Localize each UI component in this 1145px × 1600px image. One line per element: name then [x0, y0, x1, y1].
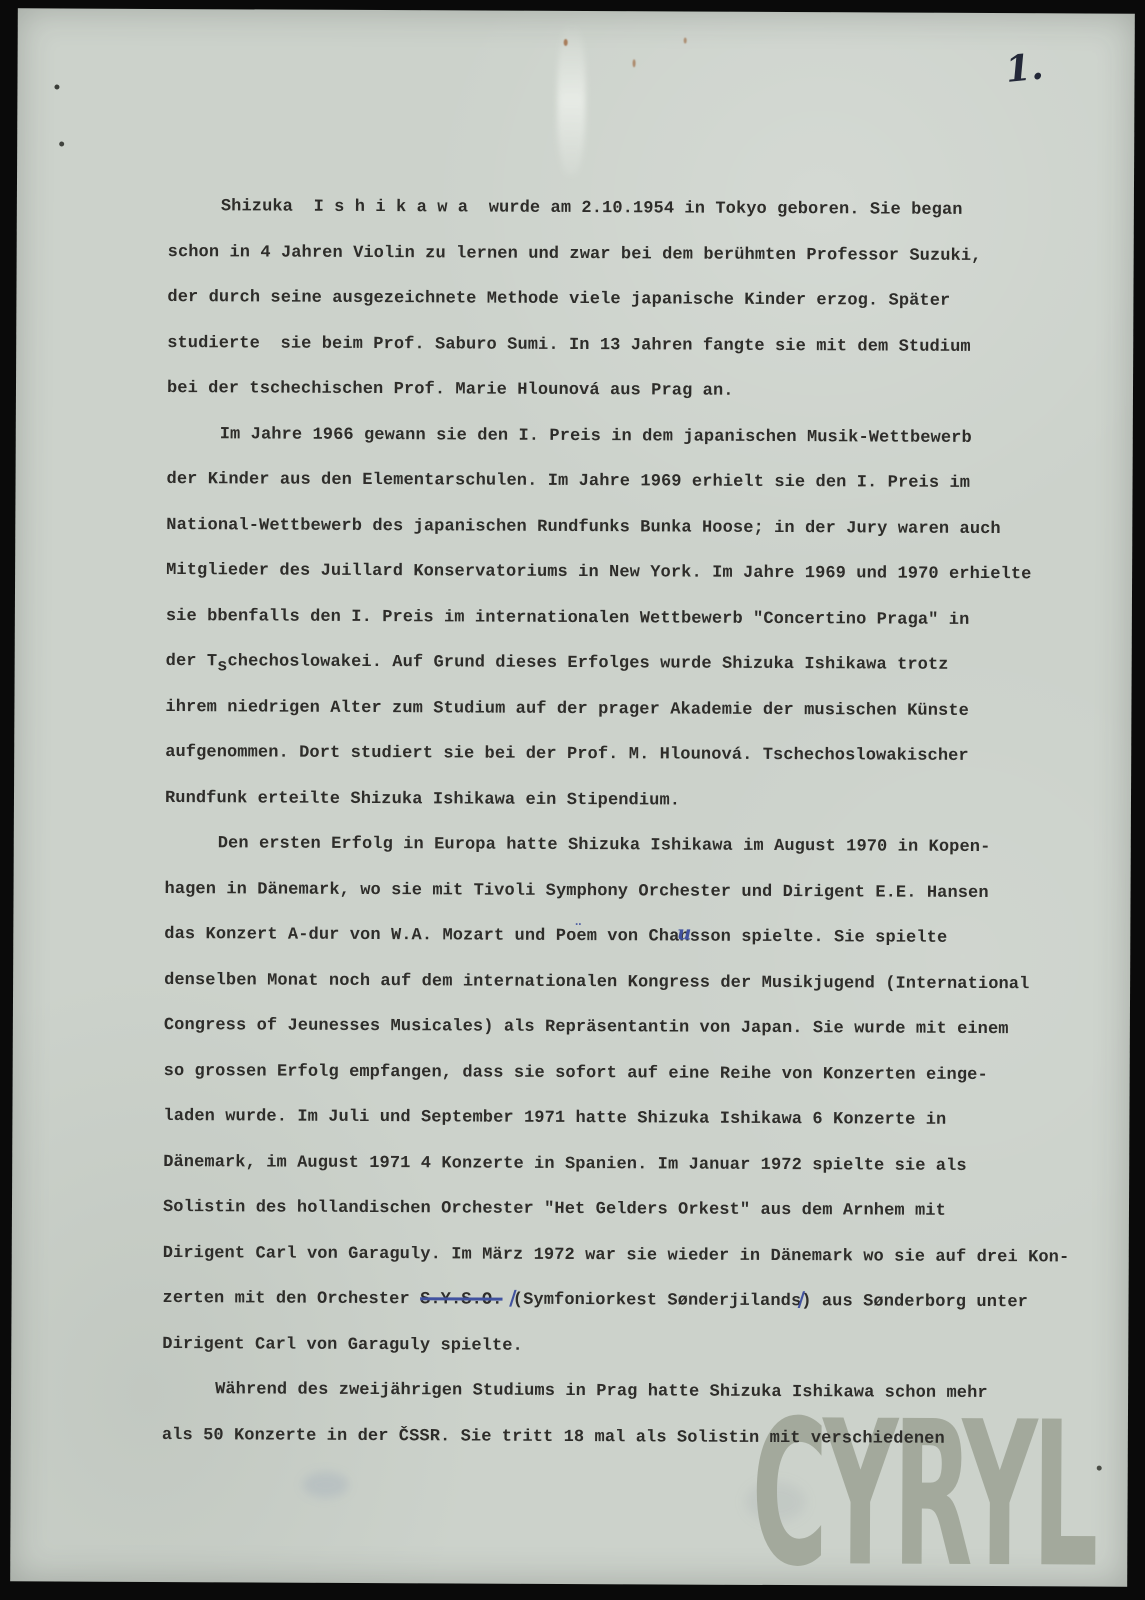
- typed-text: so grossen Erfolg empfangen, dass sie so…: [164, 1049, 988, 1099]
- rust-speck: [633, 59, 636, 67]
- typed-text: ová aus Prag an.: [569, 368, 734, 414]
- typed-text: chechoslowakei. Auf Grund dieses Erfolge…: [227, 639, 948, 688]
- typed-text: Symfoniorkest Sønderjilands: [523, 1278, 801, 1325]
- typed-text: Congress of Jeunesses Musicales) als Rep…: [164, 1003, 1009, 1053]
- ink-speck: [54, 84, 59, 89]
- text-line: Congress of Jeunesses Musicales) als Rep…: [164, 1003, 1071, 1053]
- text-line: Solistin des hollandischen Orchester "He…: [163, 1185, 1070, 1235]
- text-line: Mitglieder des Juillard Konservatoriums …: [166, 548, 1073, 598]
- typed-text: der durch seine ausgezeichnete Methode v…: [167, 275, 950, 324]
- typed-text: ihrem niedrigen Alter zum Studium auf de…: [165, 685, 969, 734]
- document-page: 1. CYRYL Shizuka I s h i k a w a wurde a…: [10, 8, 1135, 1586]
- annotated-text: nu: [679, 915, 690, 961]
- text-line: Den ersten Erfolg in Europa hatte Shizuk…: [165, 821, 1072, 871]
- typed-text: Den ersten Erfolg in Europa hatte Shizuk…: [218, 821, 991, 870]
- text-line: laden wurde. Im Juli und September 1971 …: [163, 1094, 1070, 1144]
- annotated-text: S.Y.S.O.: [420, 1277, 503, 1323]
- text-line: zerten mit den Orchester S.Y.S.O. (/Symf…: [162, 1276, 1069, 1326]
- text-line: studierte sie beim Prof. Saburo Sumi. In…: [167, 321, 1074, 371]
- typed-text: Solistin des hollandischen Orchester "He…: [163, 1185, 946, 1234]
- typed-text: sson spielte. Sie spielte: [690, 915, 948, 962]
- typed-text: Mitglieder des Juillard Konservatoriums …: [166, 548, 1032, 598]
- text-line: National-Wettbewerb des japanischen Rund…: [166, 503, 1073, 553]
- annotated-text: )/: [801, 1279, 812, 1325]
- typed-text: schon in 4 Jahren Violin zu lernen und z…: [168, 230, 982, 279]
- typed-text: laden wurde. Im Juli und September 1971 …: [163, 1094, 946, 1143]
- typed-text: Dirigent Carl von Garaguly. Im März 1972…: [163, 1231, 1070, 1281]
- annotated-text: n•: [701, 733, 712, 779]
- page-number: 1.: [1004, 45, 1046, 91]
- text-line: sie bbenfalls den I. Preis im internatio…: [166, 594, 1073, 644]
- typed-text: denselben Monat noch auf dem internation…: [164, 958, 1030, 1008]
- text-line: hagen in Dänemark, wo sie mit Tivoli Sym…: [164, 867, 1071, 917]
- typed-text: National-Wettbewerb des japanischen Rund…: [166, 503, 1001, 553]
- typed-text: Rundfunk erteilte Shizuka Ishikawa ein S…: [165, 776, 680, 824]
- rust-speck: [564, 39, 568, 46]
- text-line: als 50 Konzerte in der ČSSR. Sie tritt 1…: [162, 1413, 1069, 1463]
- ink-speck: [1097, 1466, 1102, 1471]
- text-line: Dirigent Carl von Garaguly. Im März 1972…: [163, 1231, 1070, 1281]
- rust-speck: [684, 38, 687, 44]
- scan-background: { "page": { "page_number": "1.", "waterm…: [0, 0, 1145, 1600]
- typed-text: studierte sie beim Prof. Saburo Sumi. In…: [167, 321, 971, 370]
- typed-text: sie bbenfalls den I. Preis im internatio…: [166, 594, 970, 643]
- paragraph: Den ersten Erfolg in Europa hatte Shizuk…: [162, 821, 1071, 1371]
- typed-text: das Konzert A-dur von W.A. Mozart und Po: [164, 912, 576, 960]
- typed-text: aus Sønderborg unter: [811, 1279, 1028, 1326]
- text-line: schon in 4 Jahren Violin zu lernen und z…: [168, 230, 1075, 280]
- handwritten-correction: •: [705, 730, 710, 776]
- ink-smudge: [303, 1472, 349, 1498]
- text-line: der Kinder aus den Elementarschulen. Im …: [166, 457, 1073, 507]
- typed-text: Shizuka I s h i k a w a wurde am 2.10.19…: [221, 184, 963, 233]
- typed-text: ová. Tschechoslowakischer: [711, 733, 969, 780]
- text-line: Shizuka I s h i k a w a wurde am 2.10.19…: [168, 184, 1075, 234]
- typed-text: Dänemark, im August 1971 4 Konzerte in S…: [163, 1140, 967, 1189]
- document-text: Shizuka I s h i k a w a wurde am 2.10.19…: [162, 184, 1075, 1462]
- typed-text: bei der tschechischen Prof. Marie Hlou: [167, 366, 559, 413]
- typed-text: Dirigent Carl von Garaguly spielte.: [162, 1322, 523, 1369]
- paper-stain: [557, 25, 586, 175]
- paragraph: Im Jahre 1966 gewann sie den I. Preis in…: [165, 412, 1074, 826]
- typed-text: der Kinder aus den Elementarschulen. Im …: [166, 457, 970, 506]
- typed-text: als 50 Konzerte in der ČSSR. Sie tritt 1…: [162, 1413, 945, 1462]
- text-line: der Tschechoslowakei. Auf Grund dieses E…: [166, 639, 1073, 689]
- typed-text: Während des zweijährigen Studiums in Pra…: [215, 1367, 988, 1416]
- text-line: der durch seine ausgezeichnete Methode v…: [167, 275, 1074, 325]
- text-line: Dänemark, im August 1971 4 Konzerte in S…: [163, 1140, 1070, 1190]
- text-line: Dirigent Carl von Garaguly spielte.: [162, 1322, 1069, 1372]
- typed-text: [502, 1278, 513, 1324]
- paragraph: Während des zweijährigen Studiums in Pra…: [162, 1367, 1069, 1462]
- text-line: ihrem niedrigen Alter zum Studium auf de…: [165, 685, 1072, 735]
- annotated-text: s: [217, 644, 228, 690]
- typed-text: m von Cha: [587, 914, 680, 960]
- annotated-text: n•: [558, 368, 569, 414]
- typed-text: Im Jahre 1966 gewann sie den I. Preis in…: [220, 412, 972, 461]
- annotated-text: (/: [513, 1278, 524, 1324]
- text-line: Rundfunk erteilte Shizuka Ishikawa ein S…: [165, 776, 1072, 826]
- annotated-text: e¨: [576, 914, 587, 960]
- text-line: bei der tschechischen Prof. Marie Hloun•…: [167, 366, 1074, 416]
- text-line: denselben Monat noch auf dem internation…: [164, 958, 1071, 1008]
- text-line: das Konzert A-dur von W.A. Mozart und Po…: [164, 912, 1071, 962]
- text-line: aufgenommen. Dort studiert sie bei der P…: [165, 730, 1072, 780]
- handwritten-correction: •: [563, 366, 568, 412]
- typed-text: der T: [166, 639, 218, 685]
- text-line: Im Jahre 1966 gewann sie den I. Preis in…: [167, 412, 1074, 462]
- text-line: Während des zweijährigen Studiums in Pra…: [162, 1367, 1069, 1417]
- typed-text: zerten mit den Orchester: [162, 1276, 420, 1323]
- typed-text: hagen in Dänemark, wo sie mit Tivoli Sym…: [164, 867, 988, 917]
- typed-text: aufgenommen. Dort studiert sie bei der P…: [165, 730, 701, 778]
- text-line: so grossen Erfolg empfangen, dass sie so…: [164, 1049, 1071, 1099]
- paragraph: Shizuka I s h i k a w a wurde am 2.10.19…: [167, 184, 1075, 416]
- ink-speck: [59, 141, 64, 146]
